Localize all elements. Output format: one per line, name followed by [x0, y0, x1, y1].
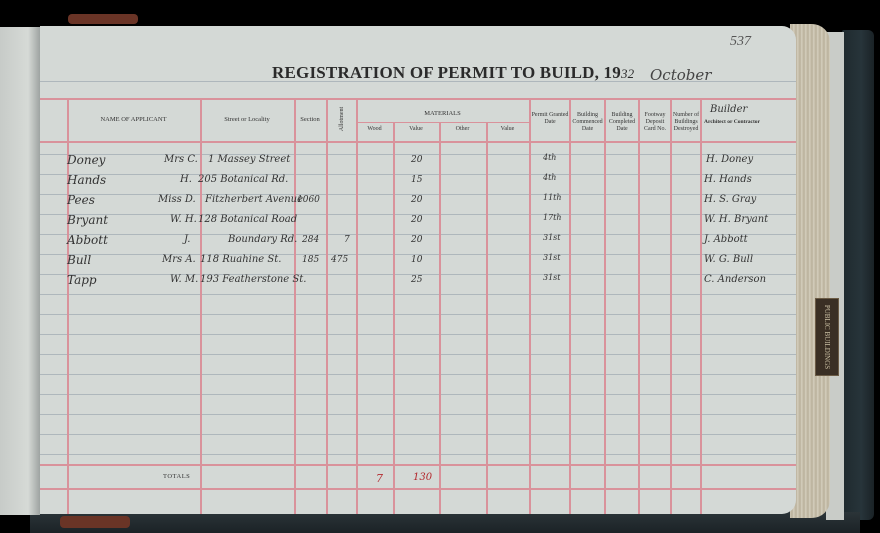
book-cover: [842, 30, 874, 520]
page-edges: [790, 24, 830, 518]
col-rule: [604, 98, 606, 514]
totals-label: TOTALS: [163, 473, 190, 480]
rule-line: [40, 434, 796, 435]
permit-date: 4th: [543, 173, 556, 182]
value: 20: [411, 215, 422, 225]
page-title: REGISTRATION OF PERMIT TO BUILD, 1932: [272, 63, 634, 83]
header-wood: Wood: [356, 126, 393, 133]
applicant-surname: Tapp: [67, 273, 97, 287]
rule-line: [40, 394, 796, 395]
value: 20: [411, 195, 422, 205]
index-tab[interactable]: PUBLIC BUILDINGS: [815, 298, 839, 376]
applicant-initials: W. H.: [170, 214, 197, 225]
header-builder-printed: Architect or Contractor: [704, 119, 794, 126]
cover-torn-patch: [60, 516, 130, 528]
section: 185: [302, 255, 319, 265]
ledger-page: 537 REGISTRATION OF PERMIT TO BUILD, 193…: [40, 26, 796, 514]
allotment: 7: [344, 235, 350, 245]
totals-bottom-rule: [40, 488, 796, 490]
applicant-initials: J.: [184, 234, 190, 245]
title-text: REGISTRATION OF PERMIT TO BUILD, 19: [272, 63, 621, 82]
col-rule: [356, 98, 358, 514]
permit-date: 31st: [543, 233, 561, 242]
header-top-rule: [40, 98, 796, 100]
col-rule: [200, 98, 202, 514]
rule-line: [40, 414, 796, 415]
col-rule: [529, 98, 531, 514]
applicant-surname: Bryant: [67, 213, 108, 227]
totals-value: 130: [413, 472, 432, 483]
header-footway-deposit: Footway Deposit Card No.: [640, 112, 670, 133]
allotment: 475: [331, 255, 348, 265]
street: Boundary Rd.: [228, 234, 297, 245]
builder: H. Doney: [706, 154, 753, 165]
applicant-initials: Miss D.: [158, 194, 196, 205]
title-year: 32: [621, 66, 634, 81]
col-rule: [670, 98, 672, 514]
index-tab-label: PUBLIC BUILDINGS: [823, 302, 831, 372]
street: 193 Featherstone St.: [200, 274, 306, 285]
value: 25: [411, 275, 422, 285]
value: 20: [411, 155, 422, 165]
rule-line: [40, 334, 796, 335]
col-rule: [393, 122, 395, 514]
header-value-2: Value: [486, 126, 529, 133]
permit-date: 31st: [543, 253, 561, 262]
rule-line: [40, 81, 796, 82]
builder: C. Anderson: [704, 274, 766, 285]
applicant-initials: Mrs C.: [164, 154, 198, 165]
totals-wood: 7: [376, 472, 383, 485]
header-permit-granted: Permit Granted Date: [531, 112, 569, 126]
value: 20: [411, 235, 422, 245]
header-bottom-rule: [40, 141, 796, 143]
header-building-commenced: Building Commenced Date: [571, 112, 604, 133]
value: 10: [411, 255, 422, 265]
header-street: Street or Locality: [200, 116, 294, 123]
header-allotment: Allotment: [339, 99, 345, 139]
street: 118 Ruahine St.: [200, 254, 281, 265]
street: 1 Massey Street: [208, 154, 290, 165]
left-page-edge: [0, 27, 40, 515]
header-building-completed: Building Completed Date: [606, 112, 638, 133]
rule-line: [40, 374, 796, 375]
street: 128 Botanical Road: [198, 214, 297, 225]
permit-date: 31st: [543, 273, 561, 282]
street: Fitzherbert Avenue: [205, 194, 303, 205]
header-section: Section: [294, 116, 326, 123]
applicant-initials: Mrs A.: [162, 254, 196, 265]
applicant-initials: H.: [180, 174, 192, 185]
rule-line: [40, 454, 796, 455]
rule-line: [40, 314, 796, 315]
section: 1060: [297, 195, 320, 205]
applicant-surname: Bull: [67, 253, 91, 267]
col-rule: [638, 98, 640, 514]
applicant-surname: Abbott: [67, 233, 108, 247]
applicant-surname: Hands: [67, 173, 106, 187]
header-name: NAME OF APPLICANT: [67, 116, 200, 123]
permit-date: 4th: [543, 153, 556, 162]
header-other: Other: [439, 126, 486, 133]
rule-line: [40, 294, 796, 295]
col-rule: [569, 98, 571, 514]
col-rule: [439, 122, 441, 514]
header-builder-handwritten: Builder: [710, 104, 747, 115]
street: 205 Botanical Rd.: [198, 174, 288, 185]
builder: H. S. Gray: [704, 194, 756, 205]
col-rule: [294, 98, 296, 514]
permit-date: 17th: [543, 213, 562, 222]
col-rule: [486, 122, 488, 514]
book-cover-bottom: [30, 512, 860, 533]
materials-subrule: [357, 122, 530, 123]
totals-top-rule: [40, 464, 796, 466]
col-rule: [700, 98, 702, 514]
header-buildings-destroyed: Number of Buildings Destroyed: [671, 112, 701, 133]
builder: H. Hands: [704, 174, 752, 185]
col-rule: [326, 98, 328, 514]
page-number: 537: [730, 34, 751, 50]
cover-torn-edge: [68, 14, 138, 24]
section: 284: [302, 235, 319, 245]
builder: J. Abbott: [704, 234, 748, 245]
rule-line: [40, 354, 796, 355]
builder: W. H. Bryant: [704, 214, 768, 225]
applicant-surname: Pees: [67, 193, 95, 207]
builder: W. G. Bull: [704, 254, 753, 265]
applicant-initials: W. M.: [170, 274, 198, 285]
permit-date: 11th: [543, 193, 562, 202]
header-value-1: Value: [393, 126, 439, 133]
value: 15: [411, 175, 422, 185]
header-materials: MATERIALS: [356, 110, 529, 117]
applicant-surname: Doney: [67, 153, 105, 167]
